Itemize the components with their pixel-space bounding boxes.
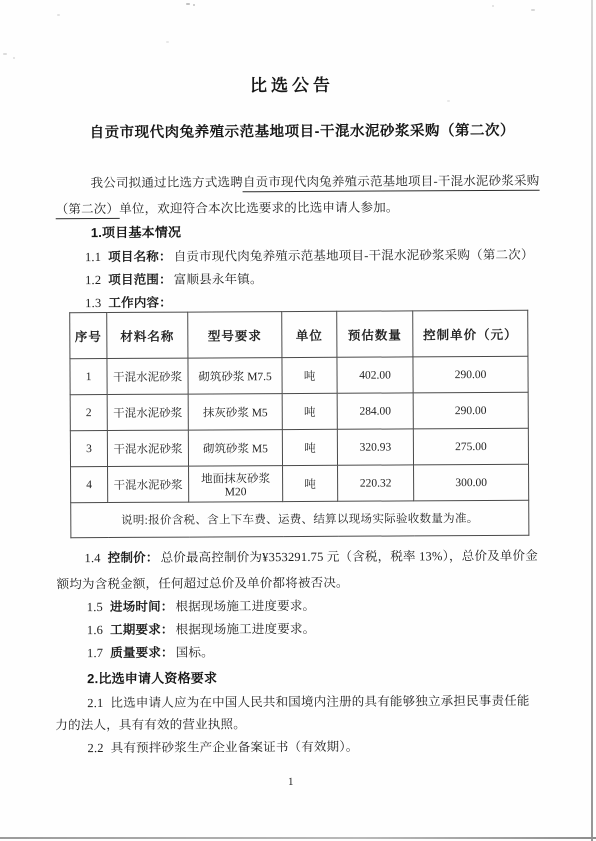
cell-unit: 吨 bbox=[282, 357, 337, 393]
cell-unit: 吨 bbox=[283, 465, 338, 501]
cell-material: 干混水泥砂浆 bbox=[107, 394, 188, 430]
item-value: 总价最高控制价为¥353291.75 元（含税，税率 13%），总价及单价金 bbox=[161, 549, 538, 565]
item-1-6: 1.6工期要求：根据现场施工进度要求。 bbox=[87, 622, 316, 638]
col-header-unit: 单位 bbox=[282, 311, 337, 357]
col-header-material: 材料名称 bbox=[107, 312, 188, 358]
cell-model: 砌筑砂浆 M7.5 bbox=[188, 358, 282, 394]
cell-quantity: 220.32 bbox=[338, 465, 414, 501]
col-header-model: 型号要求 bbox=[188, 312, 282, 358]
cell-model: 抹灰砂浆 M5 bbox=[188, 394, 282, 430]
item-1-4-line1: 1.4控制价：总价最高控制价为¥353291.75 元（含税，税率 13%），总… bbox=[84, 549, 538, 566]
intro-underlined-second-time: （第二次） bbox=[56, 202, 120, 219]
item-1-5: 1.5进场时间：根据现场施工进度要求。 bbox=[87, 599, 316, 615]
table-row: 4 干混水泥砂浆 地面抹灰砂浆 M20 吨 220.32 300.00 bbox=[71, 464, 529, 502]
item-2-1-line2: 力的法人，具有有效的营业执照。 bbox=[55, 717, 246, 733]
item-2-1-line1: 2.1比选申请人应为在中国人民共和国境内注册的具有能够独立承担民事责任能 bbox=[87, 694, 529, 711]
table-row: 3 干混水泥砂浆 砌筑砂浆 M5 吨 320.93 275.00 bbox=[70, 428, 528, 466]
intro-text-post: 单位，欢迎符合本次比选要求的比选申请人参加。 bbox=[119, 200, 398, 215]
item-number: 2.2 bbox=[87, 741, 103, 755]
intro-line2: （第二次）单位，欢迎符合本次比选要求的比选申请人参加。 bbox=[56, 200, 399, 217]
document-content: 比选公告 自贡市现代肉兔养殖示范基地项目-干混水泥砂浆采购（第二次） 我公司拟通… bbox=[0, 0, 596, 841]
item-value: 根据现场施工进度要求。 bbox=[176, 622, 316, 637]
table-header-row: 序号 材料名称 型号要求 单位 预估数量 控制单价（元） bbox=[70, 310, 528, 358]
item-1-3: 1.3工作内容： bbox=[85, 296, 174, 311]
item-1-1: 1.1项目名称：自贡市现代肉兔养殖示范基地项目-干混水泥砂浆采购（第二次） bbox=[85, 248, 534, 265]
cell-unit-price: 290.00 bbox=[413, 356, 528, 393]
item-label: 项目范围： bbox=[108, 273, 172, 287]
table-row: 1 干混水泥砂浆 砌筑砂浆 M7.5 吨 402.00 290.00 bbox=[70, 356, 528, 394]
item-number: 1.1 bbox=[85, 250, 101, 264]
item-value: 自贡市现代肉兔养殖示范基地项目-干混水泥砂浆采购（第二次） bbox=[174, 248, 534, 264]
item-label: 项目名称： bbox=[108, 250, 172, 264]
item-label: 控制价： bbox=[108, 551, 159, 565]
section2-heading: 2.比选申请人资格要求 bbox=[87, 670, 217, 686]
item-value: 根据现场施工进度要求。 bbox=[175, 599, 315, 614]
cell-material: 干混水泥砂浆 bbox=[108, 466, 189, 502]
item-value: 国标。 bbox=[176, 645, 214, 659]
cell-unit-price: 300.00 bbox=[414, 464, 529, 501]
cell-unit-price: 275.00 bbox=[413, 428, 528, 465]
cell-quantity: 320.93 bbox=[337, 429, 413, 465]
item-number: 2.1 bbox=[87, 696, 103, 710]
item-number: 1.5 bbox=[87, 600, 103, 614]
project-subtitle: 自贡市现代肉兔养殖示范基地项目-干混水泥砂浆采购（第二次） bbox=[8, 118, 596, 142]
cell-seq: 2 bbox=[70, 394, 107, 430]
item-number: 1.3 bbox=[85, 296, 101, 310]
scan-bottom-edge bbox=[0, 837, 596, 839]
cell-material: 干混水泥砂浆 bbox=[107, 430, 188, 466]
item-text: 比选申请人应为在中国人民共和国境内注册的具有能够独立承担民事责任能 bbox=[110, 694, 529, 710]
cell-quantity: 402.00 bbox=[337, 357, 413, 393]
item-number: 1.7 bbox=[87, 646, 103, 660]
table-note-row: 说明:报价含税、含上下车费、运费、结算以现场实际验收数量为准。 bbox=[71, 500, 529, 537]
section1-heading: 1.项目基本情况 bbox=[91, 225, 182, 240]
cell-seq: 1 bbox=[70, 358, 107, 394]
table-note: 说明:报价含税、含上下车费、运费、结算以现场实际验收数量为准。 bbox=[71, 500, 529, 537]
item-label: 工期要求： bbox=[110, 623, 174, 637]
item-label: 进场时间： bbox=[110, 600, 174, 614]
intro-text-pre: 我公司拟通过比选方式选聘 bbox=[90, 175, 242, 190]
item-value: 富顺县永年镇。 bbox=[174, 272, 263, 286]
intro-line1: 我公司拟通过比选方式选聘自贡市现代肉兔养殖示范基地项目-干混水泥砂浆采购 bbox=[90, 174, 539, 191]
item-label: 工作内容： bbox=[108, 296, 172, 310]
cell-unit: 吨 bbox=[282, 393, 337, 429]
cell-material: 干混水泥砂浆 bbox=[107, 358, 188, 394]
item-number: 1.2 bbox=[85, 273, 101, 287]
cell-model: 地面抹灰砂浆 M20 bbox=[189, 466, 283, 502]
cell-seq: 4 bbox=[71, 466, 108, 502]
item-text: 具有预拌砂浆生产企业备案证书（有效期）。 bbox=[111, 740, 359, 755]
item-number: 1.6 bbox=[87, 623, 103, 637]
col-header-seq: 序号 bbox=[70, 312, 107, 358]
intro-underlined-project-name: 自贡市现代肉兔养殖示范基地项目-干混水泥砂浆采购 bbox=[243, 174, 540, 192]
item-2-2: 2.2具有预拌砂浆生产企业备案证书（有效期）。 bbox=[87, 740, 358, 756]
document-title: 比选公告 bbox=[0, 69, 586, 97]
scanned-document-page: 比选公告 自贡市现代肉兔养殖示范基地项目-干混水泥砂浆采购（第二次） 我公司拟通… bbox=[0, 0, 596, 841]
item-1-4-line2: 额均为含税金额，任何超过总价及单价都将被否决。 bbox=[57, 576, 349, 593]
table-row: 2 干混水泥砂浆 抹灰砂浆 M5 吨 284.00 290.00 bbox=[70, 392, 528, 430]
scan-right-edge bbox=[591, 0, 593, 841]
cell-model: 砌筑砂浆 M5 bbox=[188, 430, 282, 466]
work-content-table: 序号 材料名称 型号要求 单位 预估数量 控制单价（元） 1 干混水泥砂浆 砌筑… bbox=[69, 310, 529, 538]
col-header-unit-price: 控制单价（元） bbox=[413, 310, 528, 357]
page-number: 1 bbox=[2, 775, 580, 790]
item-1-7: 1.7质量要求：国标。 bbox=[87, 645, 214, 661]
cell-unit: 吨 bbox=[282, 429, 337, 465]
col-header-quantity: 预估数量 bbox=[337, 311, 413, 357]
item-1-2: 1.2项目范围：富顺县永年镇。 bbox=[85, 272, 263, 288]
item-number: 1.4 bbox=[84, 551, 100, 565]
cell-unit-price: 290.00 bbox=[413, 392, 528, 429]
cell-seq: 3 bbox=[70, 430, 107, 466]
item-label: 质量要求： bbox=[110, 646, 174, 660]
cell-quantity: 284.00 bbox=[337, 393, 413, 429]
